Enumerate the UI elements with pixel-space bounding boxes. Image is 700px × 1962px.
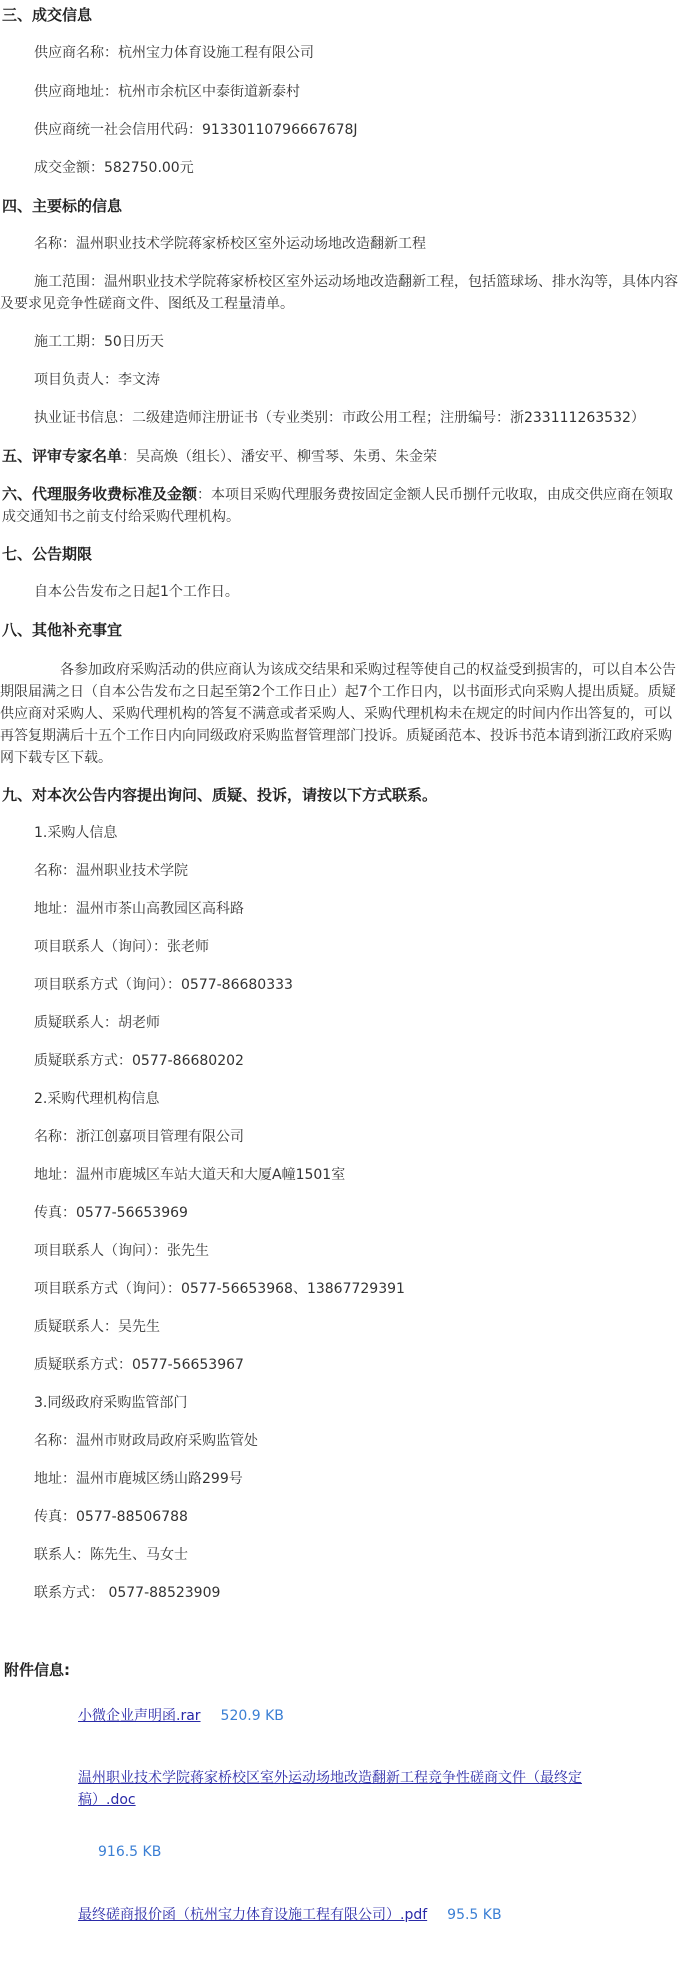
contact-list: 1.采购人信息 名称：温州职业技术学院 地址：温州市茶山高教园区高科路 项目联系…: [0, 822, 405, 1620]
purchaser-inquiry-phone: 项目联系方式（询问）：0577-86680333: [0, 974, 405, 1012]
regulator-contact: 联系人：陈先生、马女士: [0, 1544, 405, 1582]
deal-amount: 成交金额：582750.00元: [0, 157, 194, 179]
construction-period: 施工工期：50日历天: [0, 331, 164, 353]
agency-challenge-phone: 质疑联系方式：0577-56653967: [0, 1354, 405, 1392]
supplier-name: 供应商名称：杭州宝力体育设施工程有限公司: [0, 42, 314, 64]
agency-fee: 六、代理服务收费标准及金额：本项目采购代理服务费按固定金额人民币捌仟元收取，由成…: [2, 483, 684, 528]
purchaser-challenge-contact: 质疑联系人：胡老师: [0, 1012, 405, 1050]
expert-list: 五、评审专家名单：吴高焕（组长）、潘安平、柳雪琴、朱勇、朱金荣: [2, 445, 437, 468]
section-heading-deal-info: 三、成交信息: [2, 4, 684, 26]
section-heading-supplementary: 八、其他补充事宜: [2, 619, 122, 641]
attachments-title: 附件信息:: [4, 1659, 70, 1681]
agency-inquiry-phone: 项目联系方式（询问）：0577-56653968、13867729391: [0, 1278, 405, 1316]
attachment-item: 最终磋商报价函（杭州宝力体育设施工程有限公司）.pdf95.5 KB: [78, 1904, 638, 1926]
regulator-fax: 传真：0577-88506788: [0, 1506, 405, 1544]
purchaser-inquiry-contact: 项目联系人（询问）：张老师: [0, 936, 405, 974]
expert-list-value: ：吴高焕（组长）、潘安平、柳雪琴、朱勇、朱金荣: [122, 449, 437, 465]
agency-name: 名称：浙江创嘉项目管理有限公司: [0, 1126, 405, 1164]
notice-period-text: 自本公告发布之日起1个工作日。: [0, 581, 239, 603]
attachment-item: 小微企业声明函.rar520.9 KB: [78, 1705, 638, 1727]
attachment-size: 95.5 KB: [447, 1907, 501, 1923]
project-name: 名称：温州职业技术学院蒋家桥校区室外运动场地改造翻新工程: [0, 233, 426, 255]
regulator-info-title: 3.同级政府采购监管部门: [0, 1392, 405, 1430]
agency-info-title: 2.采购代理机构信息: [0, 1088, 405, 1126]
purchaser-info-title: 1.采购人信息: [0, 822, 405, 860]
certificate-info: 执业证书信息：二级建造师注册证书（专业类别：市政公用工程；注册编号：浙23311…: [0, 407, 645, 429]
regulator-phone: 联系方式： 0577-88523909: [0, 1582, 405, 1620]
attachment-link[interactable]: 温州职业技术学院蒋家桥校区室外运动场地改造翻新工程竞争性磋商文件（最终定稿）.d…: [78, 1770, 582, 1808]
attachment-item: 温州职业技术学院蒋家桥校区室外运动场地改造翻新工程竞争性磋商文件（最终定稿）.d…: [78, 1767, 638, 1811]
regulator-address: 地址：温州市鹿城区绣山路299号: [0, 1468, 405, 1506]
project-manager: 项目负责人：李文涛: [0, 369, 160, 391]
attachment-link[interactable]: 小微企业声明函.rar: [78, 1708, 201, 1724]
attachment-size: 916.5 KB: [98, 1844, 161, 1860]
purchaser-challenge-phone: 质疑联系方式：0577-86680202: [0, 1050, 405, 1088]
agency-challenge-contact: 质疑联系人：吴先生: [0, 1316, 405, 1354]
purchaser-address: 地址：温州市茶山高教园区高科路: [0, 898, 405, 936]
agency-fax: 传真：0577-56653969: [0, 1202, 405, 1240]
section-heading-notice-period: 七、公告期限: [2, 543, 92, 565]
agency-fee-label: 六、代理服务收费标准及金额: [2, 485, 197, 503]
agency-address: 地址：温州市鹿城区车站大道天和大厦A幢1501室: [0, 1164, 405, 1202]
purchaser-name: 名称：温州职业技术学院: [0, 860, 405, 898]
section-heading-subject-info: 四、主要标的信息: [2, 195, 122, 217]
attachment-link[interactable]: 最终磋商报价函（杭州宝力体育设施工程有限公司）.pdf: [78, 1907, 427, 1923]
agency-inquiry-contact: 项目联系人（询问）：张先生: [0, 1240, 405, 1278]
supplementary-text: 各参加政府采购活动的供应商认为该成交结果和采购过程等使自己的权益受到损害的，可以…: [0, 659, 684, 769]
expert-list-label: 五、评审专家名单: [2, 447, 122, 465]
supplier-address: 供应商地址：杭州市余杭区中泰街道新泰村: [0, 81, 300, 103]
section-heading-contact: 九、对本次公告内容提出询问、质疑、投诉，请按以下方式联系。: [2, 784, 437, 806]
construction-scope: 施工范围：温州职业技术学院蒋家桥校区室外运动场地改造翻新工程，包括篮球场、排水沟…: [0, 271, 684, 315]
regulator-name: 名称：温州市财政局政府采购监管处: [0, 1430, 405, 1468]
attachment-size-row: 916.5 KB: [98, 1841, 658, 1863]
attachment-size: 520.9 KB: [221, 1708, 284, 1724]
supplier-credit-code: 供应商统一社会信用代码：91330110796667678J: [0, 119, 358, 141]
